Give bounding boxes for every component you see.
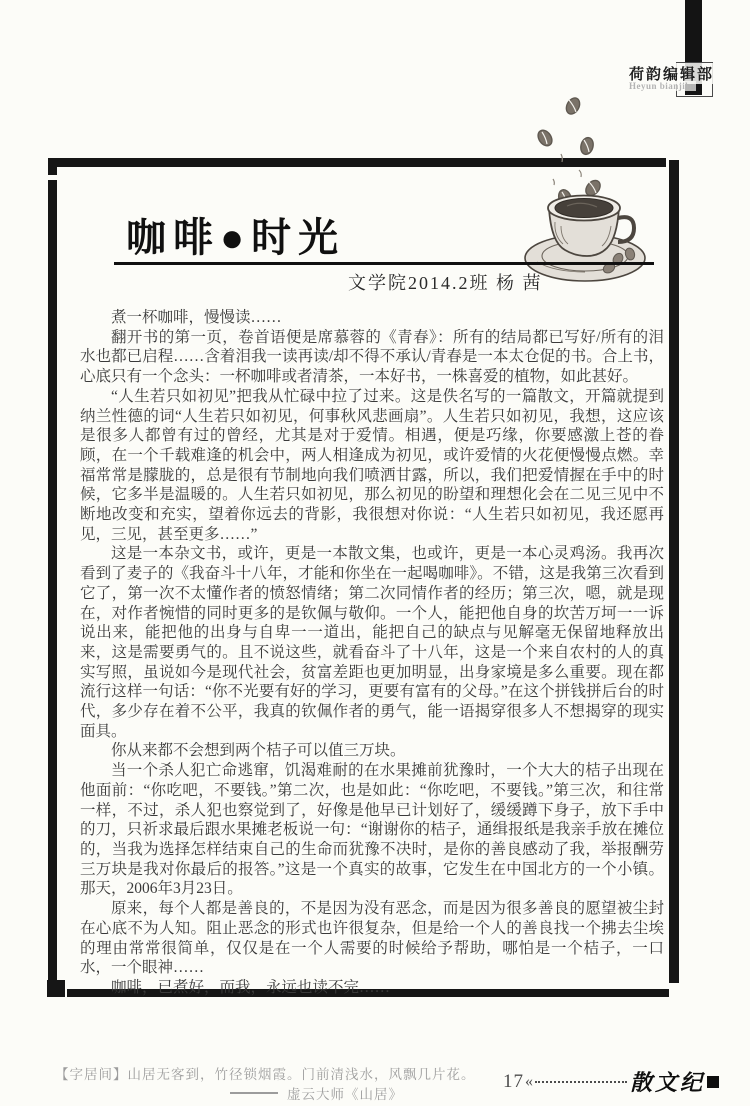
page-marker-icon: « xyxy=(525,1073,533,1091)
paragraph: 咖啡，已煮好，而我，永远也读不完…… xyxy=(80,978,664,998)
article-body: 煮一杯咖啡，慢慢读…… 翻开书的第一页，卷首语便是席慕蓉的《青春》：所有的结局都… xyxy=(80,308,664,998)
paragraph: 你从来都不会想到两个桔子可以值三万块。 xyxy=(80,741,664,761)
paragraph: 当一个杀人犯亡命逃窜，饥渴难耐的在水果摊前犹豫时，一个大大的桔子出现在他面前：“… xyxy=(80,761,664,899)
black-square-icon xyxy=(707,1076,719,1088)
attribution-dash xyxy=(230,1092,278,1094)
paragraph: “人生若只如初见”把我从忙碌中拉了过来。这是佚名写的一篇散文，开篇就提到纳兰性德… xyxy=(80,387,664,545)
attribution-text: 虚云大师《山居》 xyxy=(287,1083,403,1103)
footer-quote-line: 【字居间】山居无客到，竹径锁烟霞。门前清浅水，风飘几片花。 xyxy=(55,1063,476,1083)
coffee-cup-icon xyxy=(523,86,673,291)
paragraph: 煮一杯咖啡，慢慢读…… xyxy=(80,308,664,328)
page-number: 17 xyxy=(503,1071,524,1093)
frame-corner-top-left xyxy=(48,158,57,175)
frame-border-left xyxy=(48,180,57,980)
magazine-page: { "masthead": { "label": "荷韵编辑部", "subla… xyxy=(0,0,750,1106)
page-title: 咖啡●时光 xyxy=(126,206,345,263)
footer-column-tag: 【字居间】 xyxy=(55,1067,128,1082)
paragraph: 原来，每个人都是善良的，不是因为没有恶念，而是因为很多善良的愿望被尘封在心底不为… xyxy=(80,899,664,978)
section-name: 散文纪 xyxy=(630,1066,705,1097)
footer-quote-text: 山居无客到，竹径锁烟霞。门前清浅水，风飘几片花。 xyxy=(128,1067,476,1082)
title-underline xyxy=(114,262,654,265)
footer-attribution: 虚云大师《山居》 xyxy=(230,1083,403,1103)
dotted-rule xyxy=(535,1081,627,1083)
page-footer: 17 « 散文纪 xyxy=(503,1066,719,1097)
frame-corner-bottom-left xyxy=(47,980,65,997)
author-byline: 文学院2014.2班 杨 茜 xyxy=(348,269,543,295)
masthead-sublabel: Heyun bianjibu xyxy=(629,81,696,91)
paragraph: 翻开书的第一页，卷首语便是席慕蓉的《青春》：所有的结局都已写好/所有的泪水也都已… xyxy=(80,328,664,387)
paragraph: 这是一本杂文书，或许，更是一本散文集，也或许，更是一本心灵鸡汤。我再次看到了麦子… xyxy=(80,544,664,741)
